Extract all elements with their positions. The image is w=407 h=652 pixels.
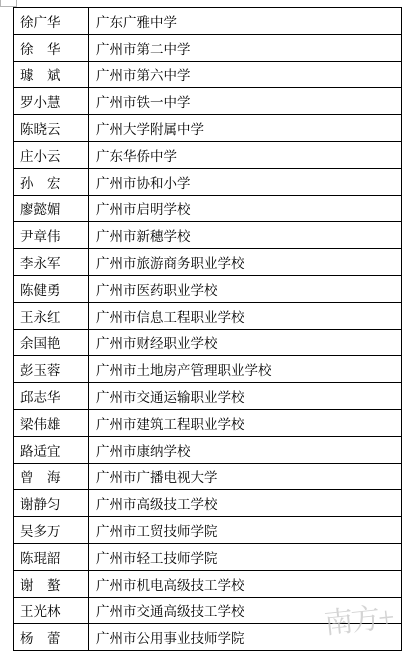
school-cell: 广州市财经职业学校 (89, 332, 401, 352)
name-cell: 李永军 (14, 249, 89, 275)
name-cell: 廖懿媚 (14, 196, 89, 222)
name-cell: 陈琨韶 (14, 544, 89, 570)
school-cell: 广州市交通高级技工学校 (89, 600, 401, 620)
table-row: 徐 华 广州市第二中学 (14, 35, 401, 62)
name-cell: 路适宜 (14, 437, 89, 463)
school-cell: 广州市广播电视大学 (89, 466, 401, 486)
school-cell: 广东华侨中学 (89, 145, 401, 165)
school-cell: 广州市建筑工程职业学校 (89, 413, 401, 433)
table-row: 陈晓云 广州大学附属中学 (14, 115, 401, 142)
name-cell: 陈健勇 (14, 276, 89, 302)
school-cell: 广州市第二中学 (89, 38, 401, 58)
table-row: 陈琨韶 广州市轻工技师学院 (14, 544, 401, 571)
school-cell: 广州市轻工技师学院 (89, 547, 401, 567)
table-row: 徐广华 广东广雅中学 (14, 8, 401, 35)
school-cell: 广州市第六中学 (89, 64, 401, 84)
table-row: 彭玉蓉 广州市土地房产管理职业学校 (14, 356, 401, 383)
school-cell: 广州市协和小学 (89, 172, 401, 192)
table-row: 路适宜 广州市康纳学校 (14, 437, 401, 464)
name-cell: 王光林 (14, 598, 89, 624)
table-row: 李永军 广州市旅游商务职业学校 (14, 249, 401, 276)
table-row: 陈健勇 广州市医药职业学校 (14, 276, 401, 303)
table-row: 孙 宏 广州市协和小学 (14, 169, 401, 196)
school-cell: 广州市旅游商务职业学校 (89, 252, 401, 272)
table-row: 尹章伟 广州市新穗学校 (14, 222, 401, 249)
school-cell: 广州市高级技工学校 (89, 493, 401, 513)
name-cell: 璩 斌 (14, 62, 89, 88)
table-row: 王永红 广州市信息工程职业学校 (14, 303, 401, 330)
name-cell: 罗小慧 (14, 88, 89, 114)
table-row: 罗小慧 广州市铁一中学 (14, 88, 401, 115)
table-row: 王光林 广州市交通高级技工学校 (14, 598, 401, 625)
table-row: 余国艳 广州市财经职业学校 (14, 330, 401, 357)
school-cell: 广州市康纳学校 (89, 440, 401, 460)
table-row: 廖懿媚 广州市启明学校 (14, 196, 401, 223)
name-cell: 尹章伟 (14, 222, 89, 248)
school-cell: 广东广雅中学 (89, 11, 401, 31)
school-cell: 广州市机电高级技工学校 (89, 574, 401, 594)
name-cell: 余国艳 (14, 330, 89, 356)
table-row: 杨 蕾 广州市公用事业技师学院 (14, 624, 401, 650)
name-cell: 杨 蕾 (14, 624, 89, 650)
school-cell: 广州市工贸技师学院 (89, 520, 401, 540)
name-cell: 谢静匀 (14, 490, 89, 516)
school-cell: 广州市启明学校 (89, 198, 401, 218)
name-cell: 吴多万 (14, 517, 89, 543)
table-row: 邱志华 广州市交通运输职业学校 (14, 383, 401, 410)
school-cell: 广州市信息工程职业学校 (89, 306, 401, 326)
school-cell: 广州市医药职业学校 (89, 279, 401, 299)
name-cell: 陈晓云 (14, 115, 89, 141)
table-row: 璩 斌 广州市第六中学 (14, 62, 401, 89)
document-page: 徐广华 广东广雅中学 徐 华 广州市第二中学 璩 斌 广州市第六中学 罗小慧 广… (0, 0, 407, 652)
name-cell: 谢 螯 (14, 571, 89, 597)
name-cell: 梁伟雄 (14, 410, 89, 436)
school-cell: 广州市新穗学校 (89, 225, 401, 245)
name-cell: 王永红 (14, 303, 89, 329)
name-cell: 曾 海 (14, 464, 89, 490)
school-cell: 广州市土地房产管理职业学校 (89, 359, 401, 379)
name-cell: 邱志华 (14, 383, 89, 409)
school-cell: 广州市铁一中学 (89, 91, 401, 111)
table-row: 谢 螯 广州市机电高级技工学校 (14, 571, 401, 598)
name-school-table: 徐广华 广东广雅中学 徐 华 广州市第二中学 璩 斌 广州市第六中学 罗小慧 广… (13, 7, 402, 651)
name-cell: 庄小云 (14, 142, 89, 168)
school-cell: 广州市公用事业技师学院 (89, 627, 401, 647)
name-cell: 孙 宏 (14, 169, 89, 195)
cropped-table-corner (0, 0, 17, 7)
school-cell: 广州市交通运输职业学校 (89, 386, 401, 406)
table-row: 吴多万 广州市工贸技师学院 (14, 517, 401, 544)
name-cell: 徐广华 (14, 8, 89, 34)
table-row: 梁伟雄 广州市建筑工程职业学校 (14, 410, 401, 437)
name-cell: 徐 华 (14, 35, 89, 61)
table-row: 曾 海 广州市广播电视大学 (14, 464, 401, 491)
name-cell: 彭玉蓉 (14, 356, 89, 382)
school-cell: 广州大学附属中学 (89, 118, 401, 138)
table-row: 谢静匀 广州市高级技工学校 (14, 490, 401, 517)
table-row: 庄小云 广东华侨中学 (14, 142, 401, 169)
